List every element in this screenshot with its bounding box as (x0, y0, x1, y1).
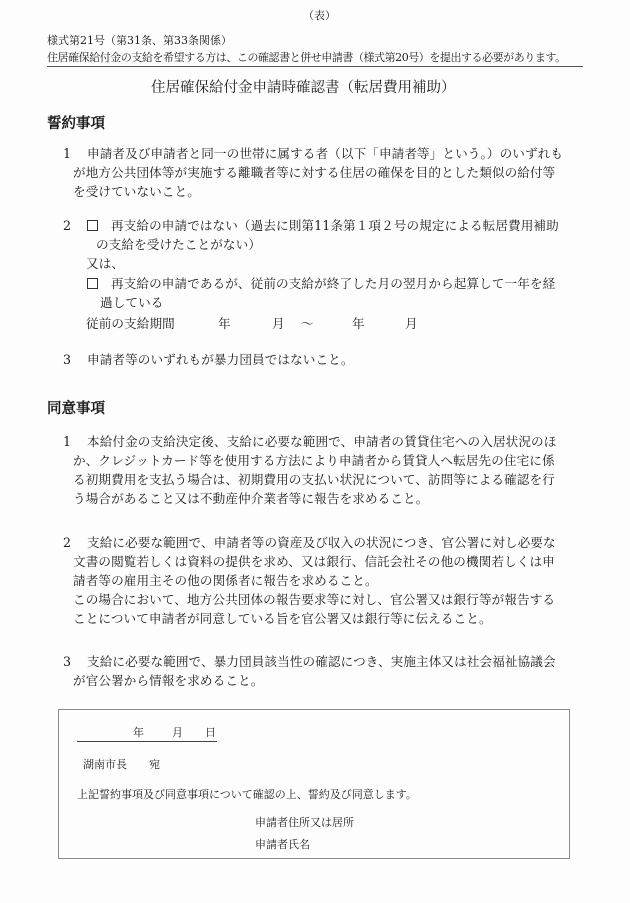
consent-1-line-4: う場合があること又は不動産仲介業者等に報告を求めること。 (73, 491, 428, 507)
notice-text: 住居確保給付金の支給を希望する方は、この確認書と併せ申請書（様式第20号）を提出… (47, 51, 583, 67)
option-not-resupply[interactable]: 再支給の申請ではない（過去に則第11条第１項２号の規定による転居費用補助 (87, 218, 559, 234)
applicant-name-label[interactable]: 申請者氏名 (255, 838, 310, 852)
checkbox-not-resupply[interactable] (87, 220, 98, 231)
consent-2-line-1: 支給に必要な範囲で、申請者等の資産及び収入の状況につき、官公署に対し必要な (87, 535, 556, 551)
consent-2-line-4: この場合において、地方公共団体の報告要求等に対し、官公署又は銀行等が報告する (73, 592, 555, 608)
date-field[interactable]: 年 月 日 (77, 726, 217, 742)
period-to-year-label[interactable]: 年 (352, 316, 365, 332)
period-from-year-label[interactable]: 年 (218, 316, 231, 332)
consent-1-line-1: 本給付金の支給決定後、支給に必要な範囲で、申請者の賃貸住宅への入居状況のほ (87, 434, 556, 450)
previous-period-label: 従前の支給期間 (86, 316, 175, 332)
consent-heading: 同意事項 (47, 400, 105, 418)
period-from-month-label[interactable]: 月 (272, 316, 285, 332)
consent-2-line-5: ことについて申請者が同意している旨を官公署又は銀行等に伝えること。 (73, 611, 492, 627)
signature-box: 年 月 日 湖南市長 宛 上記誓約事項及び同意事項について確認の上、誓約及び同意… (58, 709, 570, 859)
consent-1-line-2: か、クレジットカード等を使用する方法により申請者から賃貸人へ転居先の住宅に係 (73, 453, 555, 469)
pledge-heading: 誓約事項 (47, 115, 105, 133)
checkbox-resupply[interactable] (87, 278, 98, 289)
option-a-line-2: の支給を受けたことがない） (96, 237, 261, 253)
consent-2-line-3: 請者等の雇用主その他の関係者に報告を求めること。 (73, 573, 378, 589)
or-label: 又は、 (86, 256, 124, 272)
consent-2-line-2: 文書の閲覧若しくは資料の提供を求め、又は銀行、信託会社その他の機関若しくは申 (73, 554, 555, 570)
addressee: 湖南市長 宛 (83, 758, 160, 772)
consent-statement: 上記誓約事項及び同意事項について確認の上、誓約及び同意します。 (77, 788, 417, 802)
pledge-1-line-2: が地方公共団体等が実施する離職者等に対する住居の確保を目的とした類似の給付等 (73, 165, 555, 181)
applicant-address-label[interactable]: 申請者住所又は居所 (255, 816, 354, 830)
form-reference: 様式第21号（第31条、第33条関係） (47, 34, 232, 48)
option-a-line-1: 再支給の申請ではない（過去に則第11条第１項２号の規定による転居費用補助 (111, 218, 559, 233)
date-day-label: 日 (205, 726, 216, 740)
item-number: 2 (63, 535, 71, 551)
item-number: 1 (63, 146, 71, 162)
document-title: 住居確保給付金申請時確認書（転居費用補助） (151, 79, 456, 97)
pledge-3-line-1: 申請者等のいずれもが暴力団員ではないこと。 (87, 352, 354, 368)
item-number: 1 (63, 434, 71, 450)
consent-1-line-3: る初期費用を支払う場合は、初期費用の支払い状況について、訪問等による確認を行 (73, 472, 555, 488)
item-number: 2 (63, 218, 71, 234)
option-b-line-2: 過している (100, 295, 163, 311)
page-marker: （表） (303, 9, 336, 23)
item-number: 3 (63, 352, 71, 368)
date-month-label: 月 (172, 726, 183, 740)
pledge-1-line-3: を受けていないこと。 (73, 184, 200, 200)
option-b-line-1: 再支給の申請であるが、従前の支給が終了した月の翌月から起算して一年を経 (111, 276, 555, 291)
consent-3-line-2: が官公署から情報を求めること。 (73, 673, 263, 689)
option-resupply[interactable]: 再支給の申請であるが、従前の支給が終了した月の翌月から起算して一年を経 (87, 276, 555, 292)
item-number: 3 (63, 654, 71, 670)
period-separator: ～ (301, 316, 314, 332)
pledge-1-line-1: 申請者及び申請者と同一の世帯に属する者（以下「申請者等」という。）のいずれも (87, 146, 563, 162)
period-to-month-label[interactable]: 月 (405, 316, 418, 332)
date-year-label: 年 (133, 726, 144, 740)
consent-3-line-1: 支給に必要な範囲で、暴力団員該当性の確認につき、実施主体又は社会福祉協議会 (87, 654, 556, 670)
